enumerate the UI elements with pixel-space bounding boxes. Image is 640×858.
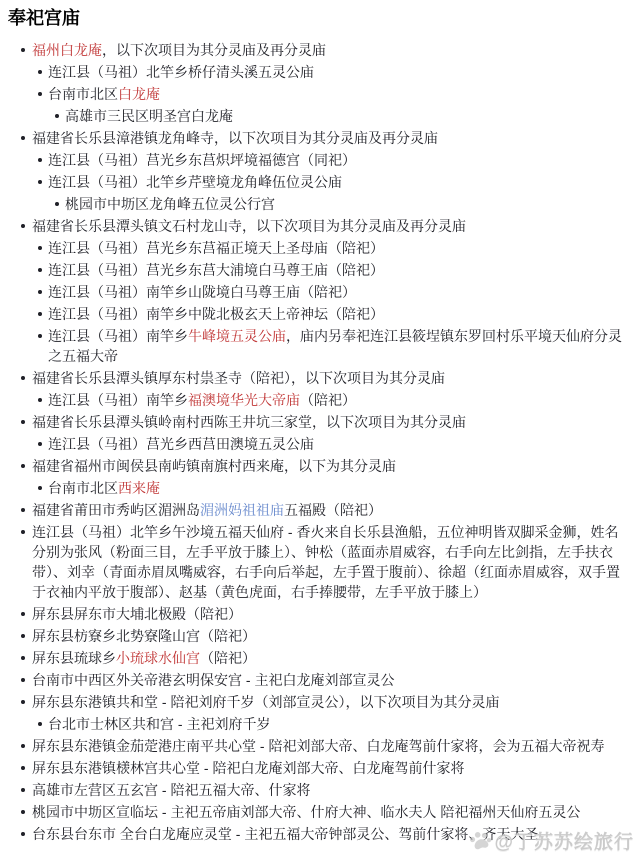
list-item: 高雄市左营区五玄宫 - 陪祀五福大帝、什家将 bbox=[8, 780, 632, 800]
bullet-icon bbox=[38, 268, 42, 272]
item-text: 五福殿（陪祀） bbox=[284, 502, 382, 518]
item-text: 连江县（马祖）北竿乡桥仔清头溪五灵公庙 bbox=[48, 64, 314, 80]
bullet-icon bbox=[38, 158, 42, 162]
red-link[interactable]: 小琉球水仙宫 bbox=[116, 650, 200, 666]
bullet-icon bbox=[21, 656, 25, 660]
bullet-icon bbox=[21, 634, 25, 638]
list-item: 连江县（马祖）北竿乡桥仔清头溪五灵公庙 bbox=[8, 62, 632, 82]
bullet-icon bbox=[21, 376, 25, 380]
list-item: 台东县台东市 全台白龙庵应灵堂 - 主祀五福大帝钟部灵公、驾前什家将、齐天大圣 bbox=[8, 824, 632, 844]
temple-list: 福州白龙庵，以下次项目为其分灵庙及再分灵庙连江县（马祖）北竿乡桥仔清头溪五灵公庙… bbox=[8, 40, 632, 844]
item-text: 连江县（马祖）莒光乡东莒炽坪境福德宫（同祀） bbox=[48, 152, 356, 168]
item-text: 福建省福州市闽侯县南屿镇南旗村西来庵，以下为其分灵庙 bbox=[32, 458, 396, 474]
item-text: 高雄市左营区五玄宫 - 陪祀五福大帝、什家将 bbox=[32, 782, 310, 798]
list-item: 台北市士林区共和宫 - 主祀刘府千岁 bbox=[8, 714, 632, 734]
article-page: { "page": { "title": "奉祀宫庙" }, "colors":… bbox=[0, 0, 640, 858]
list-item: 福建省长乐县潭头镇岭南村西陈王井坑三家堂，以下次项目为其分灵庙 bbox=[8, 412, 632, 432]
list-item: 屏东县琉球乡小琉球水仙宫（陪祀） bbox=[8, 648, 632, 668]
list-item: 连江县（马祖）莒光乡东莒福正境天上圣母庙（陪祀） bbox=[8, 238, 632, 258]
list-item: 桃园市中坜区宣临坛 - 主祀五帝庙刘部大帝、什府大神、临水夫人 陪祀福州天仙府五… bbox=[8, 802, 632, 822]
item-text: 屏东县琉球乡 bbox=[32, 650, 116, 666]
bullet-icon bbox=[21, 678, 25, 682]
bullet-icon bbox=[21, 224, 25, 228]
item-text: 连江县（马祖）北竿乡芹壁境龙角峰伍位灵公庙 bbox=[48, 174, 342, 190]
list-item: 连江县（马祖）南竿乡牛峰境五灵公庙，庙内另奉祀连江县筱埕镇东罗回村乐平境天仙府分… bbox=[8, 326, 632, 366]
red-link[interactable]: 白龙庵 bbox=[118, 86, 160, 102]
bullet-icon bbox=[21, 766, 25, 770]
bullet-icon bbox=[38, 722, 42, 726]
item-text: 福建省长乐县漳港镇龙角峰寺，以下次项目为其分灵庙及再分灵庙 bbox=[32, 130, 438, 146]
bullet-icon bbox=[21, 508, 25, 512]
bullet-icon bbox=[38, 246, 42, 250]
list-item: 福建省长乐县潭头镇厚东村祟圣寺（陪祀），以下次项目为其分灵庙 bbox=[8, 368, 632, 388]
item-text: 连江县（马祖）莒光乡东莒大浦境白马尊王庙（陪祀） bbox=[48, 262, 384, 278]
item-text: 连江县（马祖）莒光乡东莒福正境天上圣母庙（陪祀） bbox=[48, 240, 384, 256]
list-item: 屏东县东港镇檨林宫共心堂 - 陪祀白龙庵刘部大帝、白龙庵驾前什家将 bbox=[8, 758, 632, 778]
item-text: 连江县（马祖）南竿乡山陇境白马尊王庙（陪祀） bbox=[48, 284, 356, 300]
list-item: 连江县（马祖）莒光乡东莒大浦境白马尊王庙（陪祀） bbox=[8, 260, 632, 280]
bullet-icon bbox=[55, 202, 59, 206]
list-item: 台南市北区白龙庵 bbox=[8, 84, 632, 104]
item-text: ，以下次项目为其分灵庙及再分灵庙 bbox=[102, 42, 326, 58]
item-text: 桃园市中坜区龙角峰五位灵公行宫 bbox=[65, 196, 275, 212]
list-item: 屏东县屏东市大埔北极殿（陪祀） bbox=[8, 604, 632, 624]
bullet-icon bbox=[38, 290, 42, 294]
bullet-icon bbox=[38, 486, 42, 490]
bullet-icon bbox=[21, 136, 25, 140]
item-text: 高雄市三民区明圣宫白龙庵 bbox=[65, 108, 233, 124]
list-item: 屏东县枋寮乡北势寮隆山宫（陪祀） bbox=[8, 626, 632, 646]
item-text: 屏东县东港镇檨林宫共心堂 - 陪祀白龙庵刘部大帝、白龙庵驾前什家将 bbox=[32, 760, 464, 776]
bullet-icon bbox=[21, 810, 25, 814]
bullet-icon bbox=[21, 48, 25, 52]
item-text: 屏东县枋寮乡北势寮隆山宫（陪祀） bbox=[32, 628, 256, 644]
item-text: 台南市北区 bbox=[48, 480, 118, 496]
item-text: 连江县（马祖）南竿乡 bbox=[48, 328, 188, 344]
list-item: 连江县（马祖）北竿乡午沙境五福天仙府 - 香火来自长乐县渔船，五位神明皆双脚采金… bbox=[8, 522, 632, 602]
bullet-icon bbox=[21, 788, 25, 792]
list-item: 台南市中西区外关帝港玄明保安宫 - 主祀白龙庵刘部宣灵公 bbox=[8, 670, 632, 690]
item-text: 连江县（马祖）南竿乡 bbox=[48, 392, 188, 408]
bullet-icon bbox=[21, 744, 25, 748]
item-text: 连江县（马祖）北竿乡午沙境五福天仙府 - 香火来自长乐县渔船，五位神明皆双脚采金… bbox=[32, 524, 620, 600]
item-text: 台北市士林区共和宫 - 主祀刘府千岁 bbox=[48, 716, 270, 732]
item-text: 台东县台东市 全台白龙庵应灵堂 - 主祀五福大帝钟部灵公、驾前什家将、齐天大圣 bbox=[32, 826, 538, 842]
red-link[interactable]: 福澳境华光大帝庙 bbox=[188, 392, 300, 408]
item-text: 福建省长乐县潭头镇岭南村西陈王井坑三家堂，以下次项目为其分灵庙 bbox=[32, 414, 466, 430]
bullet-icon bbox=[38, 92, 42, 96]
list-item: 连江县（马祖）北竿乡芹壁境龙角峰伍位灵公庙 bbox=[8, 172, 632, 192]
red-link[interactable]: 福州白龙庵 bbox=[32, 42, 102, 58]
item-text: 台南市北区 bbox=[48, 86, 118, 102]
bullet-icon bbox=[38, 334, 42, 338]
item-text: 桃园市中坜区宣临坛 - 主祀五帝庙刘部大帝、什府大神、临水夫人 陪祀福州天仙府五… bbox=[32, 804, 580, 820]
item-text: 屏东县东港镇金茄萣港庄南平共心堂 - 陪祀刘部大帝、白龙庵驾前什家将，会为五福大… bbox=[32, 738, 604, 754]
item-text: 福建省长乐县潭头镇厚东村祟圣寺（陪祀），以下次项目为其分灵庙 bbox=[32, 370, 445, 386]
list-item: 福建省福州市闽侯县南屿镇南旗村西来庵，以下为其分灵庙 bbox=[8, 456, 632, 476]
bullet-icon bbox=[38, 442, 42, 446]
bullet-icon bbox=[21, 700, 25, 704]
list-item: 连江县（马祖）南竿乡中陇北极玄天上帝神坛（陪祀） bbox=[8, 304, 632, 324]
item-text: 福建省长乐县潭头镇文石村龙山寺，以下次项目为其分灵庙及再分灵庙 bbox=[32, 218, 466, 234]
list-item: 福建省莆田市秀屿区湄洲岛湄洲妈祖祖庙五福殿（陪祀） bbox=[8, 500, 632, 520]
red-link[interactable]: 牛峰境五灵公庙 bbox=[188, 328, 286, 344]
list-item: 连江县（马祖）莒光乡西莒田澳境五灵公庙 bbox=[8, 434, 632, 454]
bullet-icon bbox=[55, 114, 59, 118]
bullet-icon bbox=[38, 312, 42, 316]
list-item: 福建省长乐县潭头镇文石村龙山寺，以下次项目为其分灵庙及再分灵庙 bbox=[8, 216, 632, 236]
bullet-icon bbox=[38, 180, 42, 184]
item-text: 屏东县屏东市大埔北极殿（陪祀） bbox=[32, 606, 242, 622]
list-item: 桃园市中坜区龙角峰五位灵公行宫 bbox=[8, 194, 632, 214]
bullet-icon bbox=[21, 530, 25, 534]
bullet-icon bbox=[38, 398, 42, 402]
page-title: 奉祀宫庙 bbox=[8, 6, 632, 30]
item-text: 连江县（马祖）莒光乡西莒田澳境五灵公庙 bbox=[48, 436, 314, 452]
bullet-icon bbox=[21, 832, 25, 836]
bullet-icon bbox=[38, 70, 42, 74]
bullet-icon bbox=[21, 612, 25, 616]
blue-link[interactable]: 湄洲妈祖祖庙 bbox=[200, 502, 284, 518]
bullet-icon bbox=[21, 464, 25, 468]
item-text: （陪祀） bbox=[300, 392, 356, 408]
list-item: 屏东县东港镇金茄萣港庄南平共心堂 - 陪祀刘部大帝、白龙庵驾前什家将，会为五福大… bbox=[8, 736, 632, 756]
bullet-icon bbox=[21, 420, 25, 424]
item-text: 台南市中西区外关帝港玄明保安宫 - 主祀白龙庵刘部宣灵公 bbox=[32, 672, 394, 688]
list-item: 台南市北区西来庵 bbox=[8, 478, 632, 498]
item-text: （陪祀） bbox=[200, 650, 256, 666]
list-item: 连江县（马祖）莒光乡东莒炽坪境福德宫（同祀） bbox=[8, 150, 632, 170]
item-text: 福建省莆田市秀屿区湄洲岛 bbox=[32, 502, 200, 518]
list-item: 高雄市三民区明圣宫白龙庵 bbox=[8, 106, 632, 126]
item-text: 连江县（马祖）南竿乡中陇北极玄天上帝神坛（陪祀） bbox=[48, 306, 384, 322]
list-item: 福建省长乐县漳港镇龙角峰寺，以下次项目为其分灵庙及再分灵庙 bbox=[8, 128, 632, 148]
item-text: 屏东县东港镇共和堂 - 陪祀刘府千岁（刘部宣灵公），以下次项目为其分灵庙 bbox=[32, 694, 499, 710]
list-item: 连江县（马祖）南竿乡福澳境华光大帝庙（陪祀） bbox=[8, 390, 632, 410]
list-item: 福州白龙庵，以下次项目为其分灵庙及再分灵庙 bbox=[8, 40, 632, 60]
red-link[interactable]: 西来庵 bbox=[118, 480, 160, 496]
list-item: 屏东县东港镇共和堂 - 陪祀刘府千岁（刘部宣灵公），以下次项目为其分灵庙 bbox=[8, 692, 632, 712]
list-item: 连江县（马祖）南竿乡山陇境白马尊王庙（陪祀） bbox=[8, 282, 632, 302]
